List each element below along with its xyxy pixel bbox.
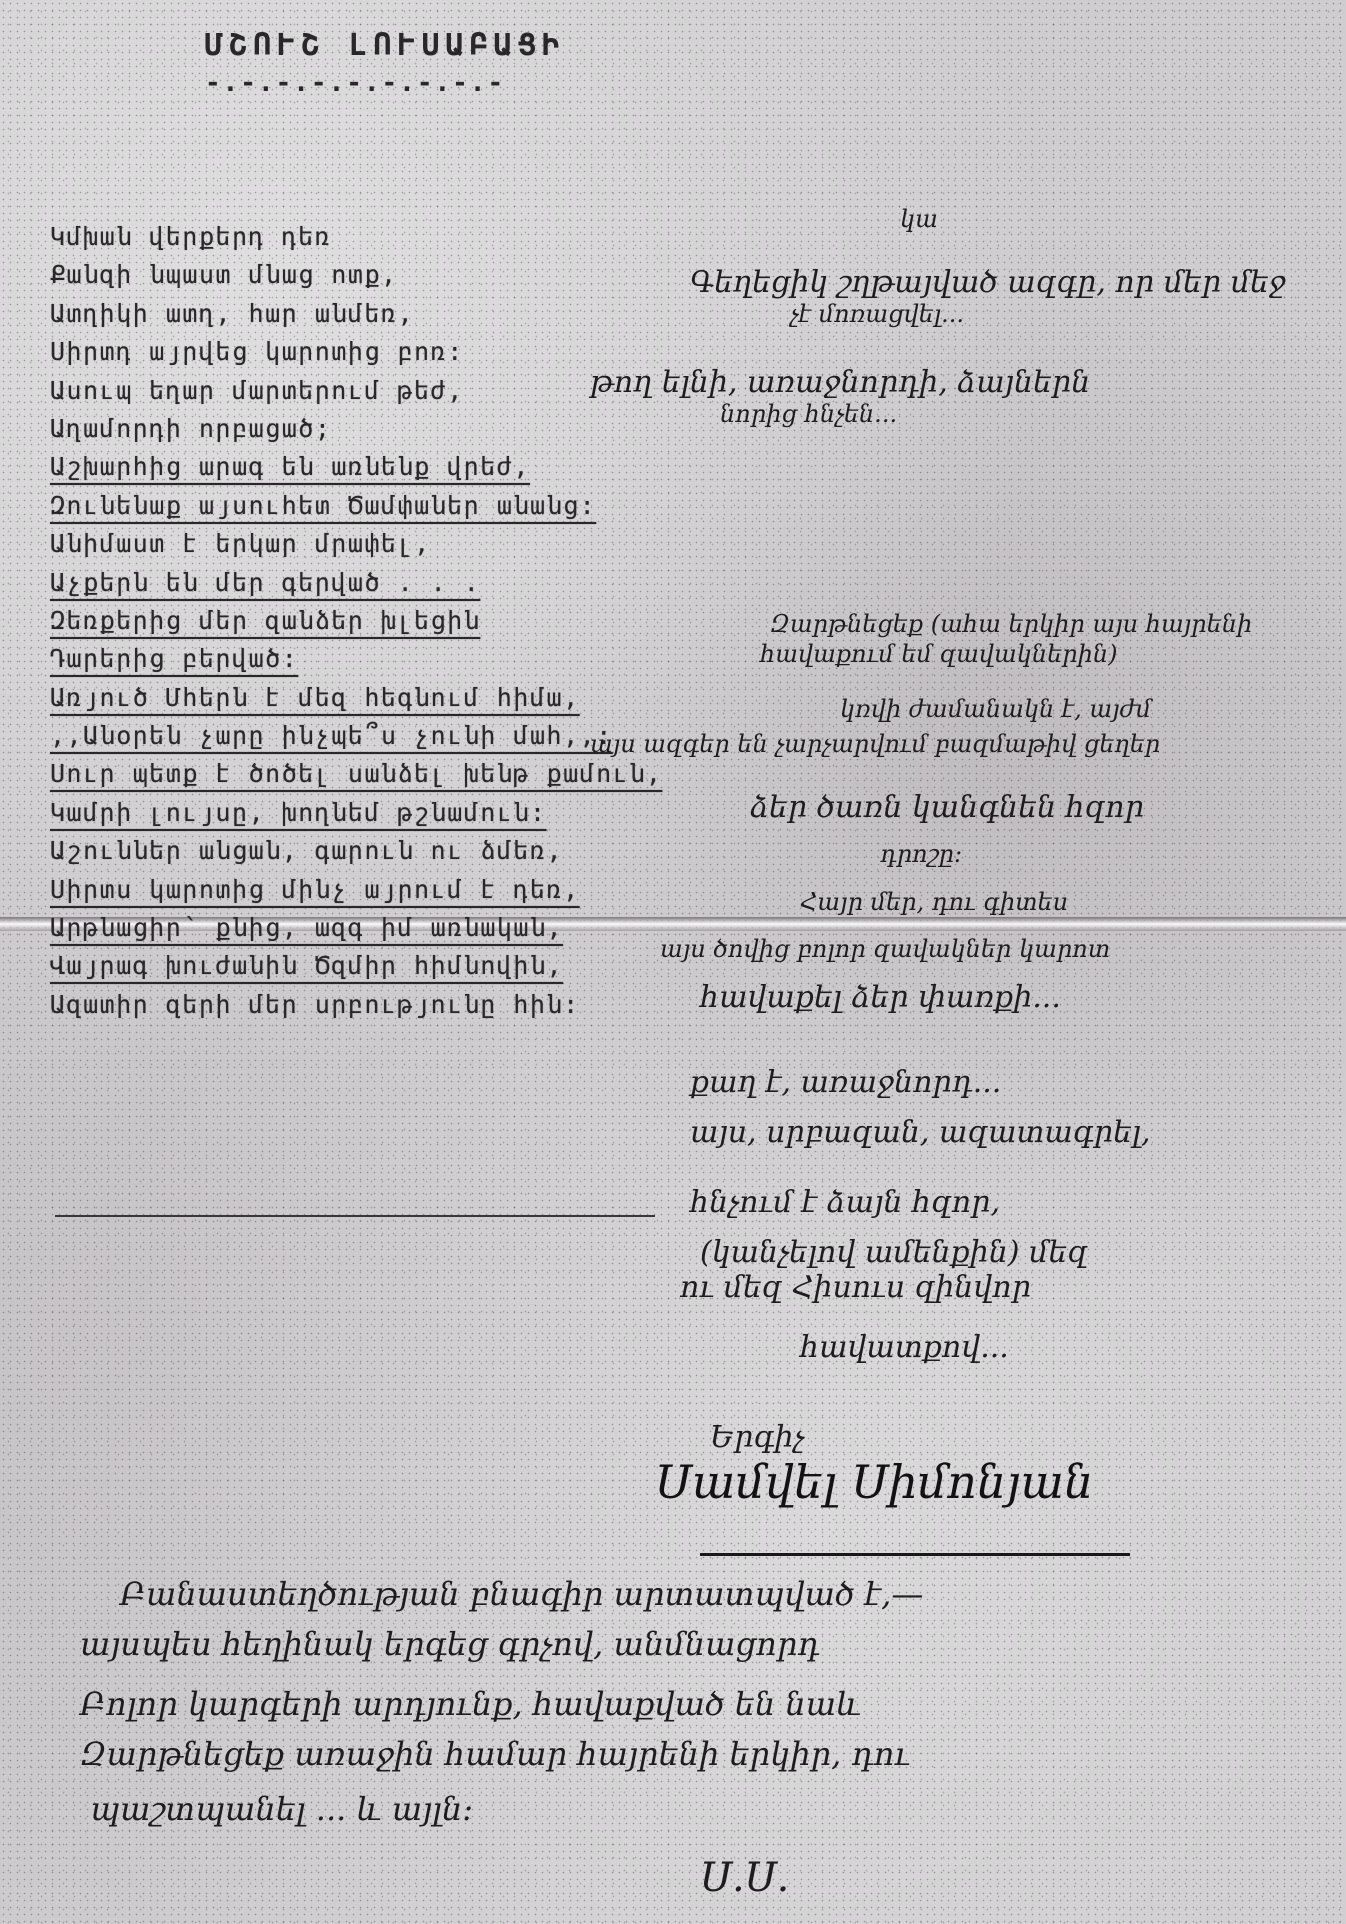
bottom-note-line: այսպես հեղինակ երգեց գրչով, անմնացորդ [80,1625,820,1663]
margin-note: չէ մոռացվել... [790,300,964,328]
margin-note: այս ծովից բոլոր զավակներ կարոտ [660,935,1110,963]
poem-line: Ատղիկի ատղ, հար անմեռ, [50,295,662,333]
margin-note: Գեղեցիկ շղթայված ազգը, որ մեր մեջ [690,265,1286,300]
margin-note: Հայր մեր, դու գիտես [800,888,1068,916]
poem-line: Սիրտս կարոտից մինչ այրում է դեռ, [50,871,662,909]
bottom-note-line: Բանաստեղծության բնագիր արտատպված է,— [120,1575,923,1613]
poem-line: Զունենաք այսուհետ Ծամփաներ անանց: [50,487,662,525]
margin-note: ձեր ծառն կանգնեն հզոր [750,790,1144,825]
poem-line: Առյուծ Մհերն է մեզ հեգնում հիմա, [50,679,662,717]
margin-note: քաղ է, առաջնորդ... [690,1065,1001,1100]
bottom-note-line: պաշտպանել ... և այլն: [90,1790,473,1828]
poem-line: Դարերից բերված: [50,640,662,678]
poem-body: Կմխան վերքերդ դեռՔանզի նպաստ մնաց ոտք,Ատ… [50,218,662,1024]
margin-note: հնչում է ձայն հզոր, [690,1185,1000,1220]
poem-line: Զեռքերից մեր զանձեր խլեցին [50,602,662,640]
poem-line: Աղամորդի որբացած; [50,410,662,448]
signature-underline [700,1553,1130,1556]
poem-line: Սիրտդ այրվեց կարոտից բոռ: [50,333,662,371]
margin-note: կռվի ժամանակն է, այժմ [840,695,1151,723]
poem-line: Աչքերն են մեր գերված . . . [50,564,662,602]
poem-line: Կամրի լույսը, խողնեմ թշնամուն: [50,794,662,832]
margin-note: կա [900,205,938,233]
poem-line: Ազատիր զերի մեր սրբությունը հին: [50,986,662,1024]
margin-note: հավաքել ձեր փառքի... [700,980,1061,1015]
poem-line: Սուր պետք է ծոծել սանձել խենթ քամուն, [50,755,662,793]
signature: Սամվել Սիմոնյան [655,1455,1093,1509]
poem-line: Ասուպ եղար մարտերում թեժ, [50,372,662,410]
margin-note: դրոշը: [880,840,962,868]
margin-note: այս, սրբազան, ազատագրել, [690,1115,1151,1150]
title-decorative-rule: -.-.-.-.-.-.-.-.- [205,68,505,98]
signature-label: Երգիչ [710,1420,804,1455]
poem-line: Անիմաստ է երկար մրափել, [50,525,662,563]
poem-line: Կմխան վերքերդ դեռ [50,218,662,256]
poem-title: ՄՇՈՒՇ ԼՈՒՍԱԲԱՑԻ [205,28,566,63]
margin-note: Զարթնեցեք (ահա երկիր այս հայրենի [770,610,1252,638]
poem-line: Վայրագ խուժանին Ծզմիր հիմնովին, [50,947,662,985]
margin-note: թող ելնի, առաջնորդի, ձայներն [590,365,1090,400]
margin-note: (կանչելով ամենքին) մեզ [700,1235,1088,1270]
poem-line: Քանզի նպաստ մնաց ոտք, [50,256,662,294]
poem-line: Արթնացիր՝ քնից, ազգ իմ առնական, [50,909,662,947]
margin-note: հավատքով... [800,1330,1009,1365]
poem-line: Աշուններ անցան, գարուն ու ձմեռ, [50,832,662,870]
poem-line: ,,Անօրեն չարը ինչպե՞ս չունի մահ,,: [50,717,662,755]
poem-line: Աշխարհից արագ են առնենք վրեժ, [50,448,662,486]
bottom-note-line: Զարթնեցեք առաջին համար հայրենի երկիր, դո… [80,1735,910,1773]
initials: Ս.Ս. [700,1855,789,1901]
poem-closing-rule [55,1215,655,1217]
margin-note: այս ազգեր են չարչարվում բազմաթիվ ցեղեր [590,730,1160,758]
bottom-note-line: Բոլոր կարգերի արդյունք, հավաքված են նաև [80,1685,861,1723]
margin-note: նորից հնչեն... [720,400,897,428]
margin-note: հավաքում եմ զավակներին) [760,640,1117,668]
margin-note: ու մեզ Հիսուս զինվոր [680,1270,1031,1305]
